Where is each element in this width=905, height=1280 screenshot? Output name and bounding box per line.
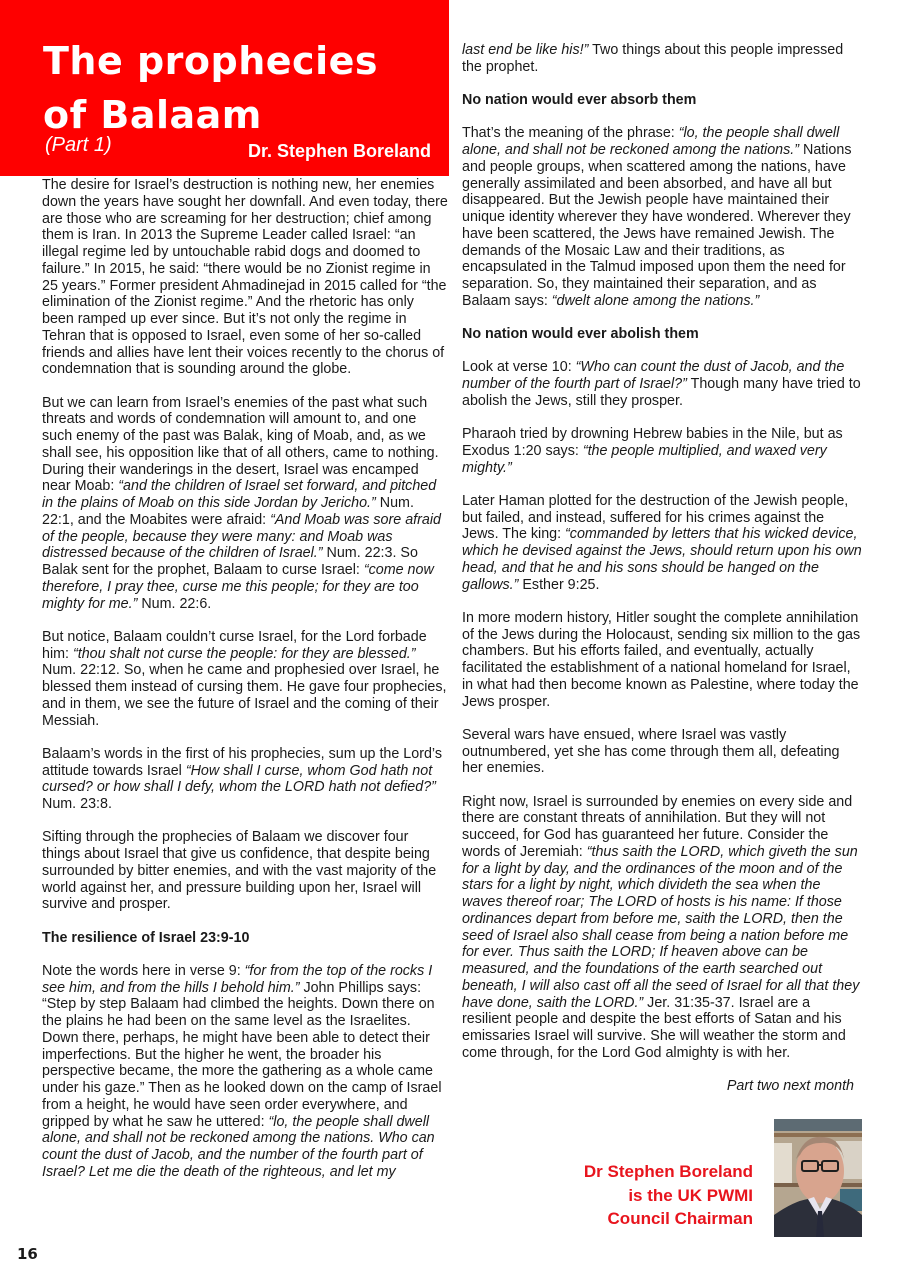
paragraph: That’s the meaning of the phrase: “lo, t… xyxy=(462,125,862,309)
paragraph: The desire for Israel’s destruction is n… xyxy=(42,177,448,378)
paragraph: In more modern history, Hitler sought th… xyxy=(462,610,862,711)
article-title: The prophecies of Balaam xyxy=(43,34,378,142)
paragraph: Right now, Israel is surrounded by enemi… xyxy=(462,794,862,1062)
continued-note: Part two next month xyxy=(462,1078,862,1095)
scripture-quote: last end be like his!” xyxy=(462,42,588,58)
bio-line: Dr Stephen Boreland xyxy=(584,1160,753,1184)
section-heading: No nation would ever abolish them xyxy=(462,326,862,343)
section-heading: The resilience of Israel 23:9-10 xyxy=(42,930,448,947)
section-heading: No nation would ever absorb them xyxy=(462,92,862,109)
paragraph: But notice, Balaam couldn’t curse Israel… xyxy=(42,629,448,730)
right-column: last end be like his!” Two things about … xyxy=(462,42,862,1111)
page-number: 16 xyxy=(17,1245,38,1263)
author-portrait-icon xyxy=(774,1119,862,1237)
title-line-2: of Balaam xyxy=(43,93,262,137)
author-bio: Dr Stephen Boreland is the UK PWMI Counc… xyxy=(584,1160,753,1231)
author-photo xyxy=(774,1119,862,1237)
left-column: The desire for Israel’s destruction is n… xyxy=(42,177,448,1197)
paragraph: Pharaoh tried by drowning Hebrew babies … xyxy=(462,426,862,476)
author-byline: Dr. Stephen Boreland xyxy=(248,141,431,162)
paragraph: Look at verse 10: “Who can count the dus… xyxy=(462,359,862,409)
bio-line: Council Chairman xyxy=(584,1207,753,1231)
paragraph: Sifting through the prophecies of Balaam… xyxy=(42,829,448,913)
title-line-1: The prophecies xyxy=(43,39,378,83)
part-label: (Part 1) xyxy=(45,134,112,157)
scripture-quote: “dwelt alone among the nations.” xyxy=(552,293,759,309)
scripture-quote: “thou shalt not curse the people: for th… xyxy=(73,646,416,662)
scripture-quote: “thus saith the LORD, which giveth the s… xyxy=(462,844,859,1011)
bio-line: is the UK PWMI xyxy=(584,1184,753,1208)
paragraph: Note the words here in verse 9: “for fro… xyxy=(42,963,448,1181)
title-banner: The prophecies of Balaam (Part 1) Dr. St… xyxy=(0,0,449,176)
paragraph: Balaam’s words in the first of his proph… xyxy=(42,746,448,813)
paragraph: last end be like his!” Two things about … xyxy=(462,42,862,76)
paragraph: Several wars have ensued, where Israel w… xyxy=(462,727,862,777)
paragraph: Later Haman plotted for the destruction … xyxy=(462,493,862,594)
paragraph: But we can learn from Israel’s enemies o… xyxy=(42,395,448,613)
